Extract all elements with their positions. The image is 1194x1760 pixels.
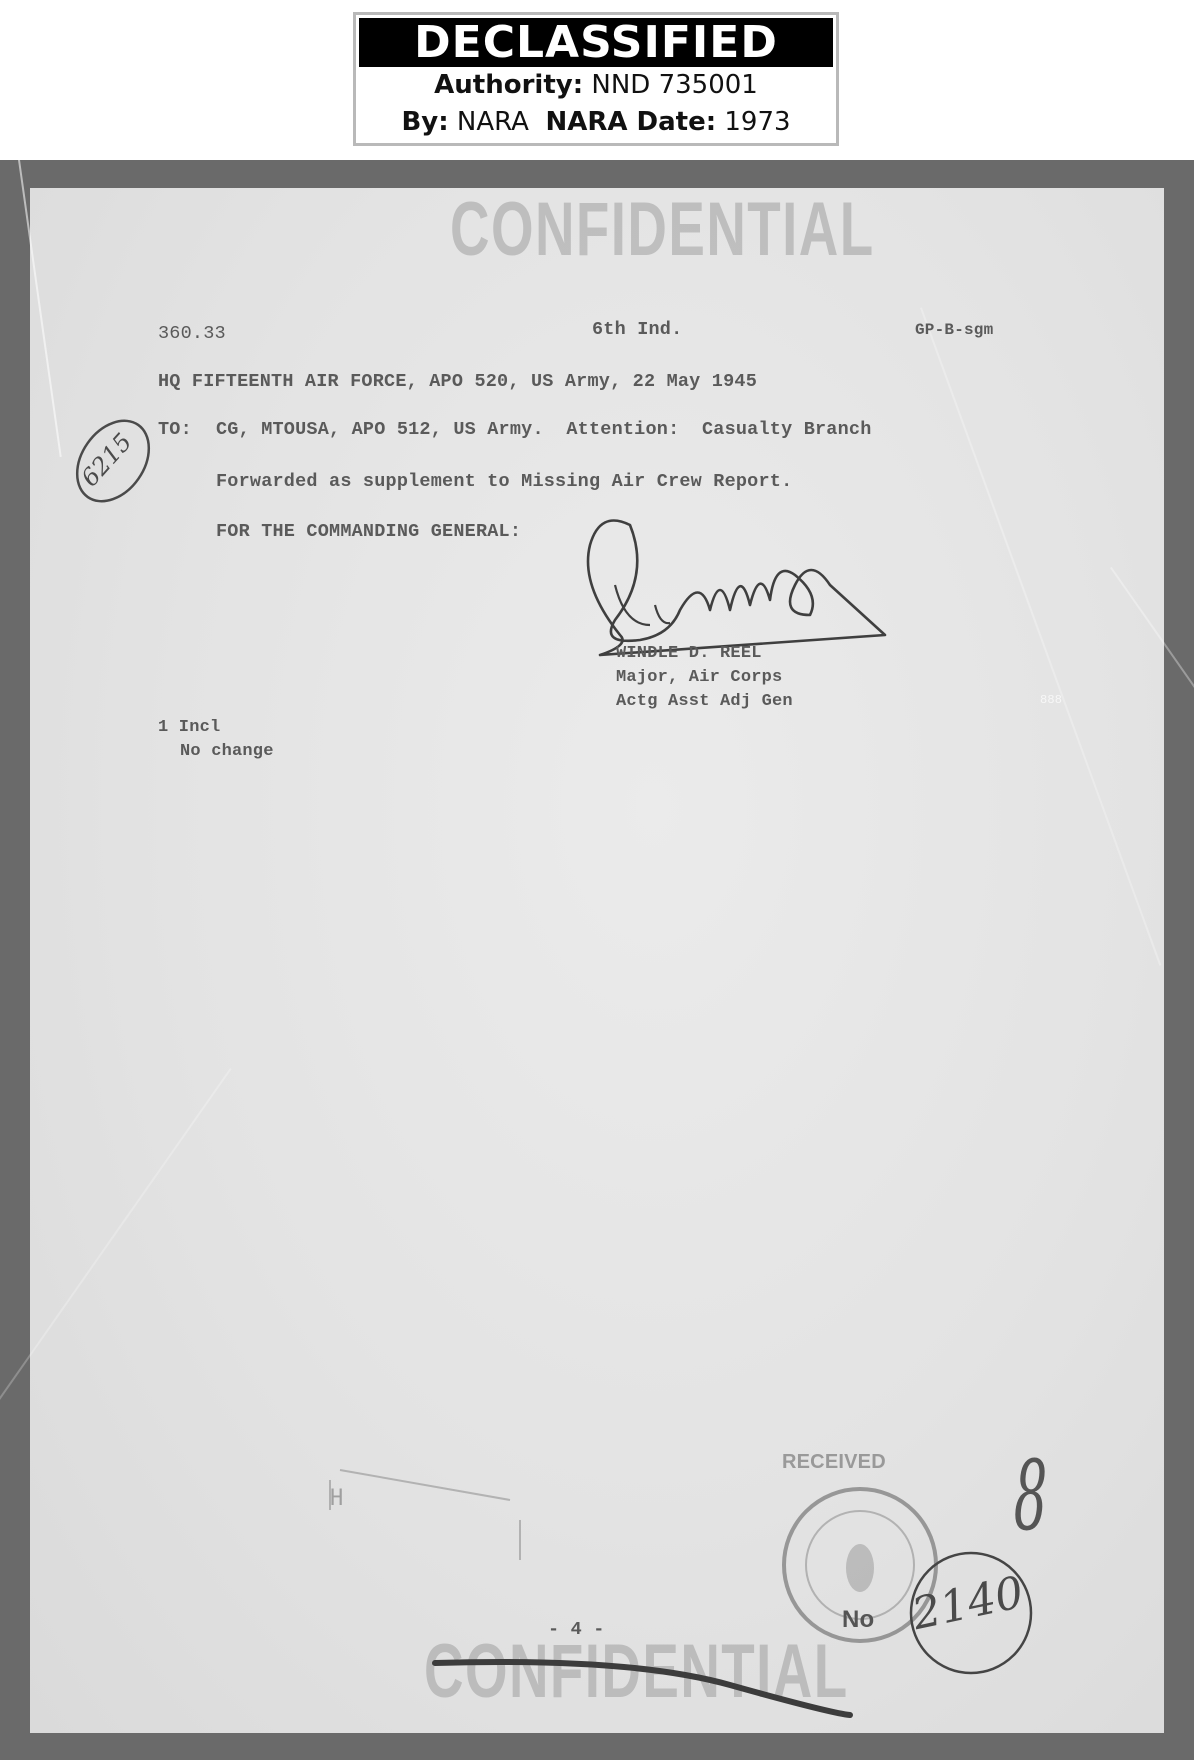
signatory-title: Actg Asst Adj Gen — [616, 692, 793, 712]
indorsement-label: 6th Ind. — [592, 320, 682, 340]
signature — [560, 515, 900, 665]
faint-mark: 888 — [1040, 690, 1062, 710]
authority-value: NND 735001 — [591, 70, 757, 100]
classification-top: CONFIDENTIAL — [450, 186, 875, 273]
authority-label: Authority: — [434, 70, 583, 100]
strike-line — [430, 1655, 860, 1725]
date-value: 1973 — [724, 107, 790, 137]
file-number: 360.33 — [158, 324, 226, 344]
svg-text:H: H — [330, 1486, 343, 1511]
scratch-mark — [920, 307, 1161, 965]
signatory-name: WINDLE D. REEL — [616, 644, 762, 664]
reference-code: GP-B-sgm — [915, 320, 993, 340]
to-label: TO: — [158, 420, 192, 440]
by-value: NARA — [457, 107, 529, 137]
date-label: NARA Date: — [545, 107, 716, 137]
enclosure-note: No change — [180, 742, 274, 762]
declassified-stamp: DECLASSIFIED Authority: NND 735001 By: N… — [353, 12, 839, 146]
by-line: By: NARA NARA Date: 1973 — [356, 104, 836, 141]
stamp-number-label: No — [842, 1610, 874, 1630]
scratch-mark — [0, 1068, 232, 1479]
declassified-title: DECLASSIFIED — [359, 18, 833, 67]
faint-ghost-stamp: H — [320, 1460, 520, 1570]
received-stamp-text: RECEIVED — [782, 1452, 886, 1472]
by-label: By: — [401, 107, 448, 137]
enclosure-count: 1 Incl — [158, 718, 220, 738]
closing-text: FOR THE COMMANDING GENERAL: — [216, 522, 521, 542]
from-line: HQ FIFTEENTH AIR FORCE, APO 520, US Army… — [158, 372, 757, 392]
corner-mark: 8 — [1014, 1440, 1048, 1552]
authority-line: Authority: NND 735001 — [356, 67, 836, 104]
to-line: CG, MTOUSA, APO 512, US Army. Attention:… — [216, 420, 872, 440]
body-text: Forwarded as supplement to Missing Air C… — [216, 472, 792, 492]
signatory-rank: Major, Air Corps — [616, 668, 782, 688]
